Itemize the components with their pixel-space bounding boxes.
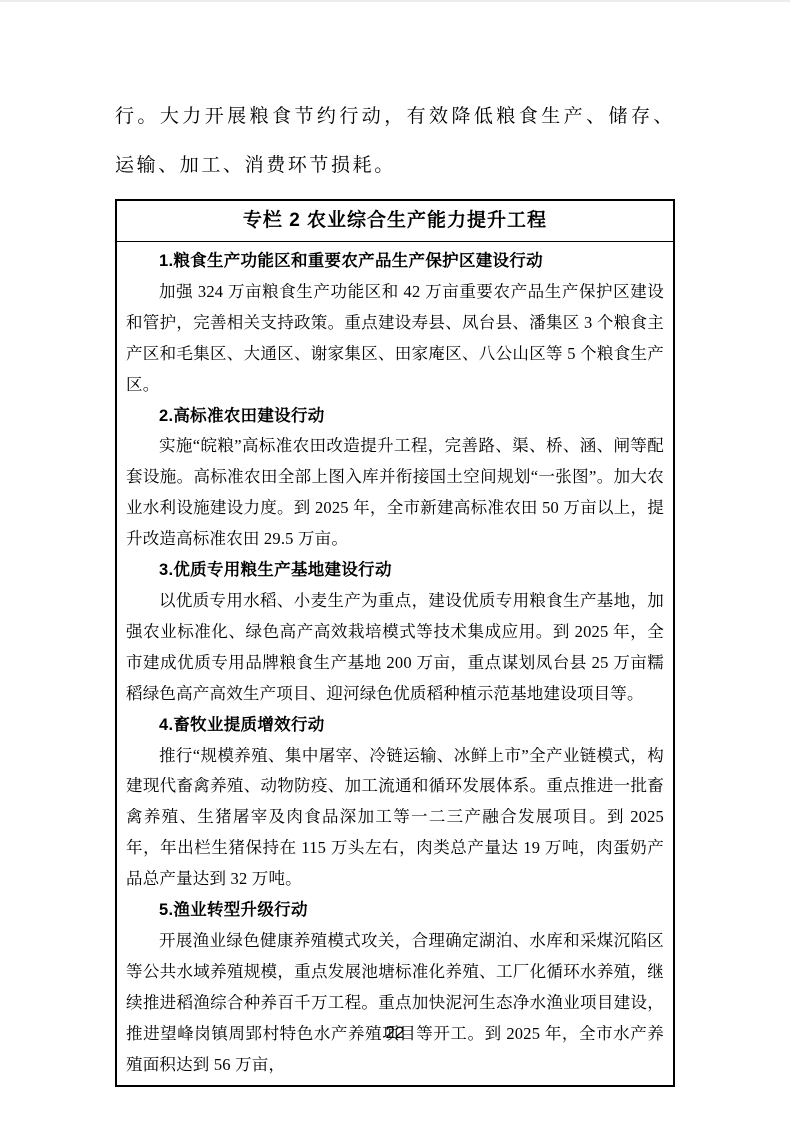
panel-section: 5.渔业转型升级行动 开展渔业绿色健康养殖模式攻关，合理确定湖泊、水库和采煤沉陷…	[126, 895, 664, 1080]
intro-paragraph: 行。大力开展粮食节约行动，有效降低粮食生产、储存、运输、加工、消费环节损耗。	[115, 92, 675, 190]
section-paragraph: 开展渔业绿色健康养殖模式攻关，合理确定湖泊、水库和采煤沉陷区等公共水域养殖规模，…	[126, 926, 664, 1081]
section-heading: 4.畜牧业提质增效行动	[126, 710, 664, 741]
content-column: 行。大力开展粮食节约行动，有效降低粮食生产、储存、运输、加工、消费环节损耗。 专…	[115, 92, 675, 1087]
panel-body: 1.粮食生产功能区和重要农产品生产保护区建设行动 加强 324 万亩粮食生产功能…	[117, 242, 673, 1085]
panel-section: 2.高标准农田建设行动 实施“皖粮”高标准农田改造提升工程，完善路、渠、桥、涵、…	[126, 401, 664, 556]
section-heading: 2.高标准农田建设行动	[126, 401, 664, 432]
panel-section: 3.优质专用粮生产基地建设行动 以优质专用水稻、小麦生产为重点，建设优质专用粮食…	[126, 555, 664, 710]
panel-section: 1.粮食生产功能区和重要农产品生产保护区建设行动 加强 324 万亩粮食生产功能…	[126, 246, 664, 401]
section-paragraph: 推行“规模养殖、集中屠宰、冷链运输、冰鲜上市”全产业链模式，构建现代畜禽养殖、动…	[126, 741, 664, 896]
section-heading: 5.渔业转型升级行动	[126, 895, 664, 926]
section-paragraph: 实施“皖粮”高标准农田改造提升工程，完善路、渠、桥、涵、闸等配套设施。高标准农田…	[126, 431, 664, 555]
section-paragraph: 加强 324 万亩粮食生产功能区和 42 万亩重要农产品生产保护区建设和管护，完…	[126, 277, 664, 401]
document-page: 行。大力开展粮食节约行动，有效降低粮食生产、储存、运输、加工、消费环节损耗。 专…	[0, 0, 790, 1122]
panel-section: 4.畜牧业提质增效行动 推行“规模养殖、集中屠宰、冷链运输、冰鲜上市”全产业链模…	[126, 710, 664, 895]
section-heading: 3.优质专用粮生产基地建设行动	[126, 555, 664, 586]
page-number: 22	[0, 1023, 790, 1043]
column-panel: 专栏 2 农业综合生产能力提升工程 1.粮食生产功能区和重要农产品生产保护区建设…	[115, 199, 675, 1087]
section-paragraph: 以优质专用水稻、小麦生产为重点，建设优质专用粮食生产基地，加强农业标准化、绿色高…	[126, 586, 664, 710]
panel-title: 专栏 2 农业综合生产能力提升工程	[117, 201, 673, 242]
section-heading: 1.粮食生产功能区和重要农产品生产保护区建设行动	[126, 246, 664, 277]
